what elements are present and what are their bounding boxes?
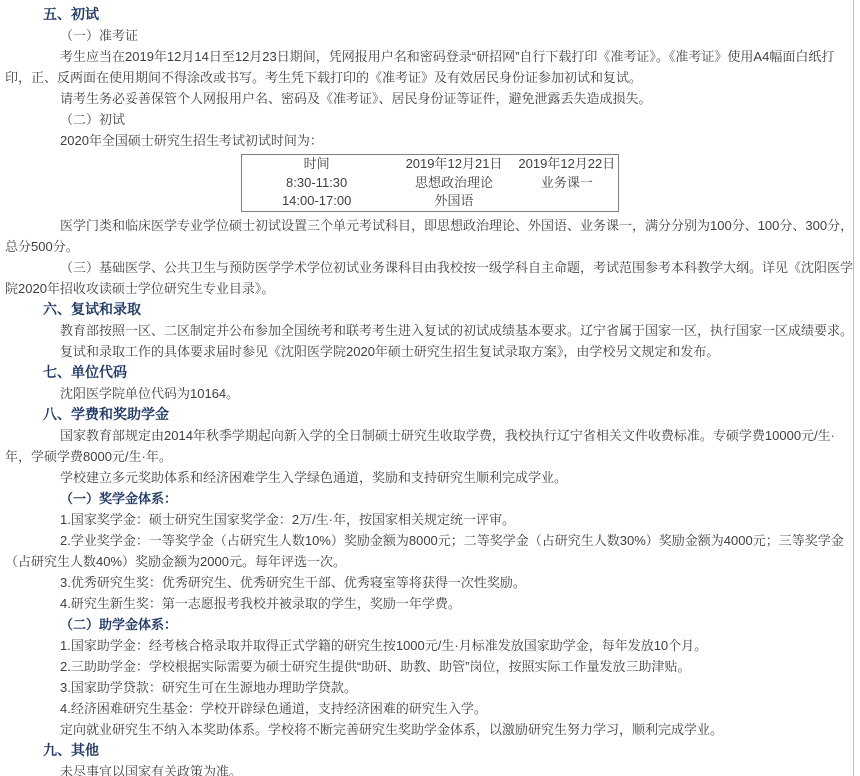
page-right-edge-divider [853, 0, 854, 776]
table-cell: 2019年12月21日 [392, 155, 516, 174]
paragraph: 医学门类和临床医学专业学位硕士初试设置三个单元考试科目，即思想政治理论、外国语、… [5, 215, 854, 257]
section-heading-6: 六、复试和录取 [5, 299, 854, 320]
section-heading-7: 七、单位代码 [5, 362, 854, 383]
paragraph: 沈阳医学院单位代码为10164。 [5, 383, 854, 404]
sub-heading-scholarship: （一）奖学金体系： [5, 488, 854, 509]
paragraph: 2.三助助学金：学校根据实际需要为硕士研究生提供“助研、助教、助管”岗位，按照实… [5, 656, 854, 677]
table-row: 时间 2019年12月21日 2019年12月22日 [241, 155, 618, 174]
paragraph: 1.国家助学金：经考核合格录取并取得正式学籍的研究生按1000元/生·月标准发放… [5, 635, 854, 656]
paragraph: 4.经济困难研究生基金：学校开辟绿色通道，支持经济困难的研究生入学。 [5, 698, 854, 719]
table-cell: 14:00-17:00 [241, 192, 392, 211]
table-cell [516, 192, 618, 211]
table-cell: 思想政治理论 [392, 174, 516, 193]
table-cell: 外国语 [392, 192, 516, 211]
sub-item-label: （二）初试 [5, 109, 854, 130]
table-cell: 2019年12月22日 [516, 155, 618, 174]
table-cell: 业务课一 [516, 174, 618, 193]
document-page: 五、初试 （一）准考证 考生应当在2019年12月14日至12月23日期间，凭网… [0, 0, 860, 776]
paragraph: （三）基础医学、公共卫生与预防医学学术学位初试业务课科目由我校按一级学科自主命题… [5, 257, 854, 299]
paragraph: 2020年全国硕士研究生招生考试初试时间为： [5, 130, 854, 151]
paragraph: 2.学业奖学金：一等奖学金（占研究生人数10%）奖励金额为8000元；二等奖学金… [5, 530, 854, 572]
section-heading-8: 八、学费和奖助学金 [5, 404, 854, 425]
paragraph: 国家教育部规定由2014年秋季学期起向新入学的全日制硕士研究生收取学费，我校执行… [5, 425, 854, 467]
paragraph: 3.优秀研究生奖：优秀研究生、优秀研究生干部、优秀寝室等将获得一次性奖励。 [5, 572, 854, 593]
sub-heading-grant: （二）助学金体系： [5, 614, 854, 635]
paragraph: 定向就业研究生不纳入本奖助体系。学校将不断完善研究生奖助学金体系，以激励研究生努… [5, 719, 854, 740]
paragraph: 4.研究生新生奖：第一志愿报考我校并被录取的学生，奖励一年学费。 [5, 593, 854, 614]
paragraph: 请考生务必妥善保管个人网报用户名、密码及《准考证》、居民身份证等证件，避免泄露丢… [5, 88, 854, 109]
paragraph: 1.国家奖学金：硕士研究生国家奖学金：2万/生·年，按国家相关规定统一评审。 [5, 509, 854, 530]
document-body: 五、初试 （一）准考证 考生应当在2019年12月14日至12月23日期间，凭网… [0, 0, 860, 776]
table-cell: 8:30-11:30 [241, 174, 392, 193]
exam-schedule-table: 时间 2019年12月21日 2019年12月22日 8:30-11:30 思想… [241, 154, 619, 212]
section-heading-5: 五、初试 [5, 4, 854, 25]
paragraph: 3.国家助学贷款：研究生可在生源地办理助学贷款。 [5, 677, 854, 698]
table-cell: 时间 [241, 155, 392, 174]
sub-item-label: （一）准考证 [5, 25, 854, 46]
paragraph: 考生应当在2019年12月14日至12月23日期间，凭网报用户名和密码登录“研招… [5, 46, 854, 88]
section-heading-9: 九、其他 [5, 740, 854, 761]
table-row: 14:00-17:00 外国语 [241, 192, 618, 211]
paragraph: 学校建立多元奖助体系和经济困难学生入学绿色通道，奖励和支持研究生顺利完成学业。 [5, 467, 854, 488]
paragraph: 教育部按照一区、二区制定并公布参加全国统考和联考考生进入复试的初试成绩基本要求。… [5, 320, 854, 341]
paragraph: 未尽事宜以国家有关政策为准。 [5, 761, 854, 776]
paragraph: 复试和录取工作的具体要求届时参见《沈阳医学院2020年硕士研究生招生复试录取方案… [5, 341, 854, 362]
table-row: 8:30-11:30 思想政治理论 业务课一 [241, 174, 618, 193]
